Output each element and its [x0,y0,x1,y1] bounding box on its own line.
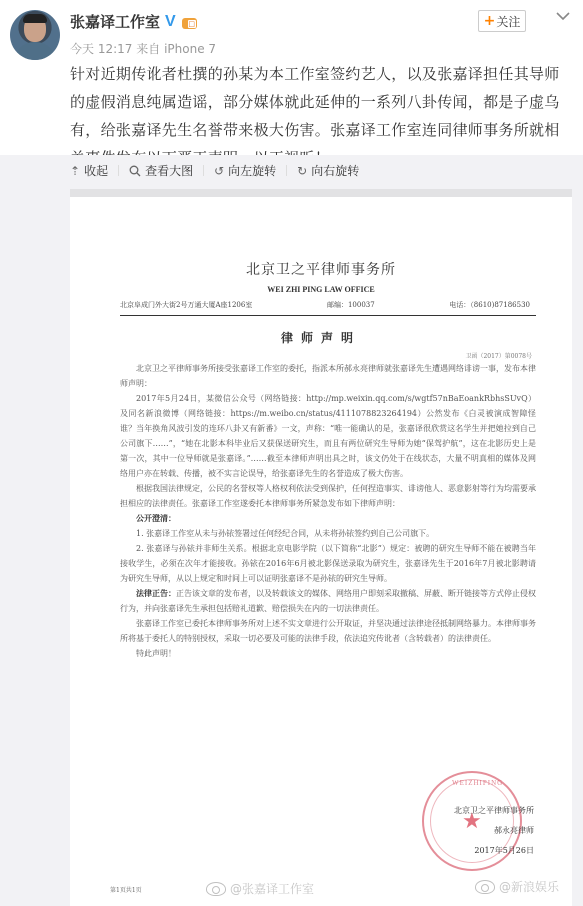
legal-document: 北京卫之平律师事务所 WEI ZHI PING LAW OFFICE 北京阜成门… [70,197,572,906]
rotate-left-button[interactable]: ↺ 向左旋转 [214,162,276,179]
firm-address: 北京阜成门外大街2号万通大厦A座1206室 [120,300,252,310]
paragraph: 2017年5月24日，某微信公众号（网络链接：http://mp.weixin.… [120,391,536,481]
signature-firm: 北京卫之平律师事务所 [424,801,534,821]
avatar-body [14,42,56,60]
paragraph: 张嘉译工作室已委托本律师事务所对上述不实文章进行公开取证，并坚决通过法律途径抵制… [120,616,536,646]
weibo-logo-icon [475,880,495,894]
media-toolbar: ⇡ 收起 查看大图 ↺ 向左旋转 ↻ 向右旋转 [70,162,359,179]
plus-icon: + [484,13,496,29]
document-title: 律师声明 [70,329,572,346]
page-number: 第1页共1页 [110,885,142,894]
clarify-item: 2. 张嘉译与孙铱并非师生关系。根据北京电影学院（以下简称“北影”）规定：被聘的… [120,541,536,586]
collapse-label: 收起 [84,162,108,179]
post-header: 张嘉译工作室 V □ 今天 12:17 来自 iPhone 7 + 关注 针对近… [0,0,583,155]
header-rule [120,315,536,316]
signature-block: 北京卫之平律师事务所 郝永亮律师 2017年5月26日 [424,801,534,861]
verified-icon[interactable]: V [165,13,176,31]
author-row: 张嘉译工作室 V □ [70,11,199,32]
chevron-down-icon[interactable] [555,10,571,22]
follow-label: 关注 [496,13,520,30]
divider [286,165,287,176]
divider [203,165,204,176]
crown-icon[interactable]: □ [181,14,199,30]
firm-name-cn: 北京卫之平律师事务所 [70,259,572,279]
signature-date: 2017年5月26日 [424,841,534,861]
rotate-left-icon: ↺ [214,164,224,178]
author-name[interactable]: 张嘉译工作室 [70,11,160,32]
avatar-hair [23,14,47,23]
firm-postcode: 邮编：100037 [327,300,375,310]
divider [118,165,119,176]
watermark-center: @张嘉译工作室 [206,880,314,897]
avatar[interactable] [10,10,60,60]
rotate-left-label: 向左旋转 [228,162,276,179]
paragraph: 根据我国法律规定，公民的名誉权等人格权利依法受到保护，任何捏造事实、诽谤他人、恶… [120,481,536,511]
paragraph: 北京卫之平律师事务所接受张嘉译工作室的委托，指派本所郝永亮律师就张嘉译先生遭遇网… [120,361,536,391]
firm-contact: 北京阜成门外大街2号万通大厦A座1206室 邮编：100037 电话：（8610… [120,300,530,310]
rotate-right-button[interactable]: ↻ 向右旋转 [297,162,359,179]
firm-name-en: WEI ZHI PING LAW OFFICE [70,285,572,294]
rotate-right-icon: ↻ [297,164,307,178]
view-large-label: 查看大图 [145,162,193,179]
closing: 特此声明！ [120,646,536,661]
warning-heading: 法律正告： [136,588,176,598]
post-meta: 今天 12:17 来自 iPhone 7 [70,40,216,57]
expanded-media: ⇡ 收起 查看大图 ↺ 向左旋转 ↻ 向右旋转 北京卫之平律师事务所 WEI Z… [0,155,583,906]
clarify-item: 1. 张嘉译工作室从未与孙铱签署过任何经纪合同，从未将孙铱签约到自己公司旗下。 [120,526,536,541]
post-timestamp[interactable]: 今天 12:17 [70,42,132,56]
collapse-button[interactable]: ⇡ 收起 [70,162,108,179]
view-large-button[interactable]: 查看大图 [129,162,193,179]
watermark-right: @新浪娱乐 [475,878,559,895]
clarify-heading: 公开澄清： [136,513,176,523]
stamp-text: WEIZHIPING [452,779,503,787]
reference-number: 卫函（2017）第0078号 [465,351,532,360]
weibo-logo-icon [206,882,226,896]
rotate-right-label: 向右旋转 [311,162,359,179]
statement-image[interactable]: 北京卫之平律师事务所 WEI ZHI PING LAW OFFICE 北京阜成门… [70,189,572,906]
document-body: 北京卫之平律师事务所接受张嘉译工作室的委托，指派本所郝永亮律师就张嘉译先生遭遇网… [120,361,536,661]
warning-text: 正告该文章的发布者，以及转载该文的媒体、网络用户即刻采取撤稿、屏蔽、断开链接等方… [120,589,536,613]
search-icon [129,165,141,177]
firm-phone: 电话：（8610)87186530 [449,300,530,310]
collapse-icon: ⇡ [70,164,80,178]
source-prefix: 来自 [136,42,160,56]
signature-lawyer: 郝永亮律师 [424,821,534,841]
post-source: iPhone 7 [164,42,216,56]
follow-button[interactable]: + 关注 [478,10,526,32]
